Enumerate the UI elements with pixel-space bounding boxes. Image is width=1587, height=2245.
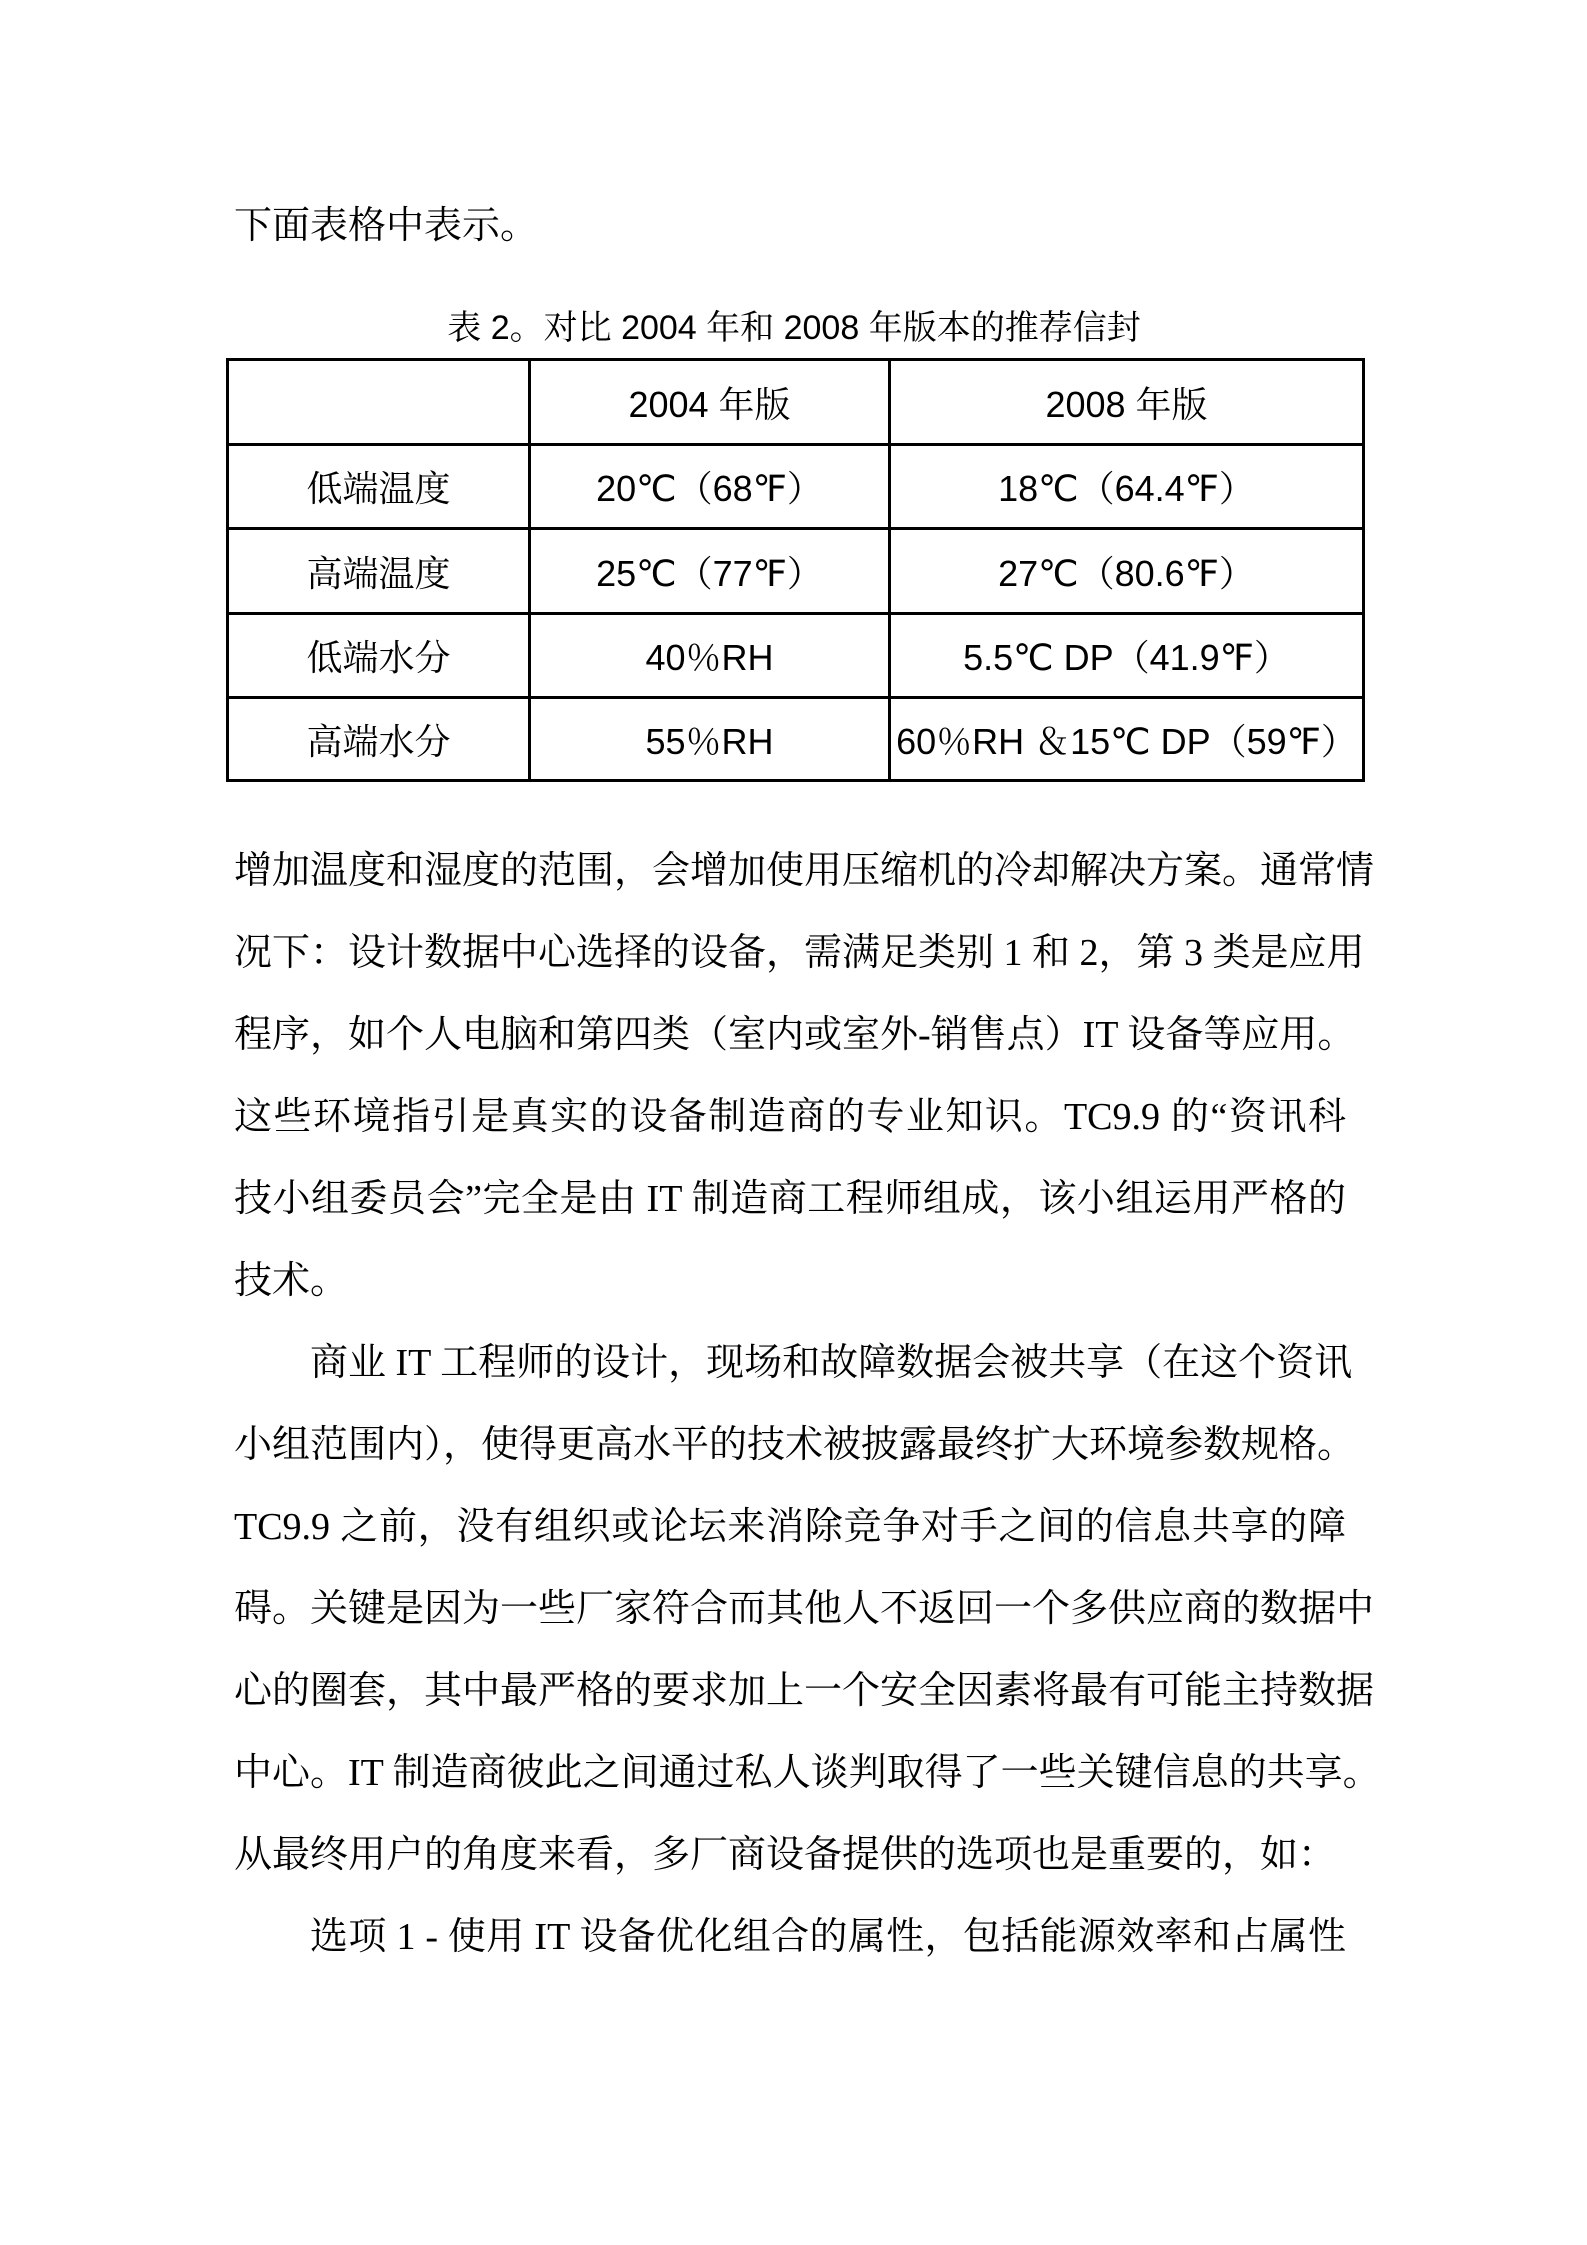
- cell-2008-value: 5.5℃ DP（41.9℉）: [890, 614, 1364, 698]
- table-header-row: 2004 年版 2008 年版: [228, 360, 1364, 445]
- body-line: 程序，如个人电脑和第四类（室内或室外-销售点）IT 设备等应用。: [234, 994, 1346, 1076]
- body-line: 这些环境指引是真实的设备制造商的专业知识。TC9.9 的“资讯科: [234, 1076, 1346, 1158]
- intro-text: 下面表格中表示。: [234, 200, 1346, 252]
- table-caption: 表 2。对比 2004 年和 2008 年版本的推荐信封: [226, 306, 1362, 350]
- document-page: 下面表格中表示。 表 2。对比 2004 年和 2008 年版本的推荐信封 20…: [0, 0, 1587, 2245]
- body-line: 增加温度和湿度的范围，会增加使用压缩机的冷却解决方案。通常情: [234, 830, 1346, 912]
- cell-2004-value: 55％RH: [530, 698, 890, 781]
- body-line: 技术。: [234, 1240, 1346, 1322]
- cell-2008-value: 18℃（64.4℉）: [890, 445, 1364, 529]
- header-cell-2008: 2008 年版: [890, 360, 1364, 445]
- body-line: TC9.9 之前，没有组织或论坛来消除竞争对手之间的信息共享的障: [234, 1486, 1346, 1568]
- body-line: 从最终用户的角度来看，多厂商设备提供的选项也是重要的，如：: [234, 1814, 1346, 1896]
- header-cell-2004: 2004 年版: [530, 360, 890, 445]
- row-label: 低端水分: [228, 614, 530, 698]
- body-line: 选项 1 - 使用 IT 设备优化组合的属性，包括能源效率和占属性: [234, 1896, 1346, 1978]
- cell-2004-value: 40％RH: [530, 614, 890, 698]
- body-line: 技小组委员会”完全是由 IT 制造商工程师组成，该小组运用严格的: [234, 1158, 1346, 1240]
- row-label: 高端水分: [228, 698, 530, 781]
- comparison-table: 2004 年版 2008 年版 低端温度 20℃（68℉） 18℃（64.4℉）…: [226, 358, 1365, 782]
- table-row: 低端温度 20℃（68℉） 18℃（64.4℉）: [228, 445, 1364, 529]
- header-cell-blank: [228, 360, 530, 445]
- row-label: 高端温度: [228, 529, 530, 614]
- cell-2008-value: 27℃（80.6℉）: [890, 529, 1364, 614]
- body-line: 小组范围内），使得更高水平的技术被披露最终扩大环境参数规格。: [234, 1404, 1346, 1486]
- row-label: 低端温度: [228, 445, 530, 529]
- body-line: 碍。关键是因为一些厂家符合而其他人不返回一个多供应商的数据中: [234, 1568, 1346, 1650]
- table-row: 低端水分 40％RH 5.5℃ DP（41.9℉）: [228, 614, 1364, 698]
- body-line: 商业 IT 工程师的设计，现场和故障数据会被共享（在这个资讯: [234, 1322, 1346, 1404]
- cell-2008-value: 60％RH ＆15℃ DP（59℉）: [890, 698, 1364, 781]
- body-line: 况下：设计数据中心选择的设备，需满足类别 1 和 2，第 3 类是应用: [234, 912, 1346, 994]
- table-row: 高端温度 25℃（77℉） 27℃（80.6℉）: [228, 529, 1364, 614]
- cell-2004-value: 25℃（77℉）: [530, 529, 890, 614]
- table-row: 高端水分 55％RH 60％RH ＆15℃ DP（59℉）: [228, 698, 1364, 781]
- body-paragraphs: 增加温度和湿度的范围，会增加使用压缩机的冷却解决方案。通常情 况下：设计数据中心…: [234, 830, 1346, 1978]
- body-line: 中心。IT 制造商彼此之间通过私人谈判取得了一些关键信息的共享。: [234, 1732, 1346, 1814]
- body-line: 心的圈套，其中最严格的要求加上一个安全因素将最有可能主持数据: [234, 1650, 1346, 1732]
- cell-2004-value: 20℃（68℉）: [530, 445, 890, 529]
